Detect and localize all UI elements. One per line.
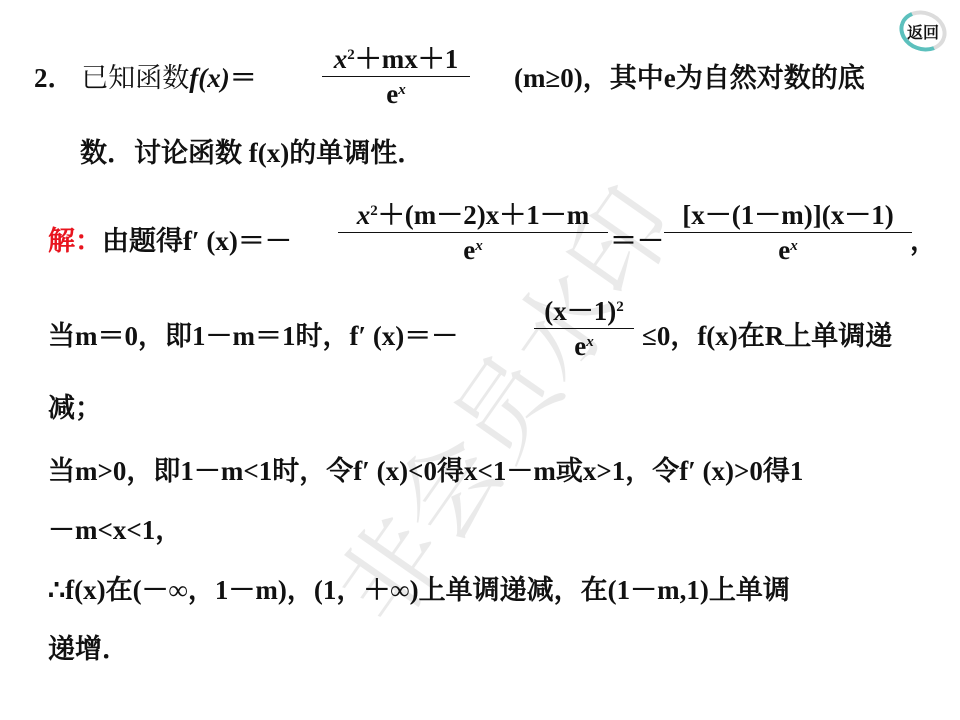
solution-label: 解： (48, 226, 102, 256)
equals-minus: ＝－ (610, 225, 664, 257)
function-fx: f(x) (189, 63, 229, 93)
solution-line-4: 当m>0，即1－m<1时，令f′ (x)<0得x<1－m或x>1，令f′ (x)… (48, 455, 803, 487)
solution-line-3: 减； (48, 392, 102, 424)
fraction-denominator: ex (322, 77, 470, 109)
derivative-fraction-3: (x－1)2 ex (534, 296, 634, 361)
problem-number: 2． (34, 63, 75, 93)
solution-line-2-prefix: 当m＝0，即1－m＝1时，f′ (x)＝－ (48, 320, 458, 352)
problem-prefix: 已知函数 (81, 63, 189, 93)
comma: ， (910, 225, 937, 257)
derivative-fraction-2: [x－(1－m)](x－1) ex (664, 200, 912, 265)
problem-line-2: 数．讨论函数 f(x)的单调性． (80, 137, 424, 169)
problem-line-1: 2． 已知函数f(x)＝ (34, 62, 257, 94)
equals-sign: ＝ (230, 63, 257, 93)
problem-condition: (m≥0)，其中e为自然对数的底 (514, 62, 865, 94)
solution-line-2-suffix: ≤0，f(x)在R上单调递 (642, 320, 892, 352)
fraction-numerator: x2＋mx＋1 (322, 44, 470, 77)
solution-line-7: 递增． (48, 633, 129, 665)
back-button[interactable]: 返回 (899, 11, 947, 51)
solution-line-5: －m<x<1， (48, 514, 182, 546)
solution-line-1: 解：由题得f′ (x)＝－ (48, 225, 292, 257)
problem-fraction: x2＋mx＋1 ex (322, 44, 470, 109)
derivative-fraction-1: x2＋(m－2)x＋1－m ex (338, 200, 608, 265)
solution-line-6: ∴f(x)在(－∞，1－m)，(1，＋∞)上单调递减，在(1－m,1)上单调 (48, 574, 790, 606)
